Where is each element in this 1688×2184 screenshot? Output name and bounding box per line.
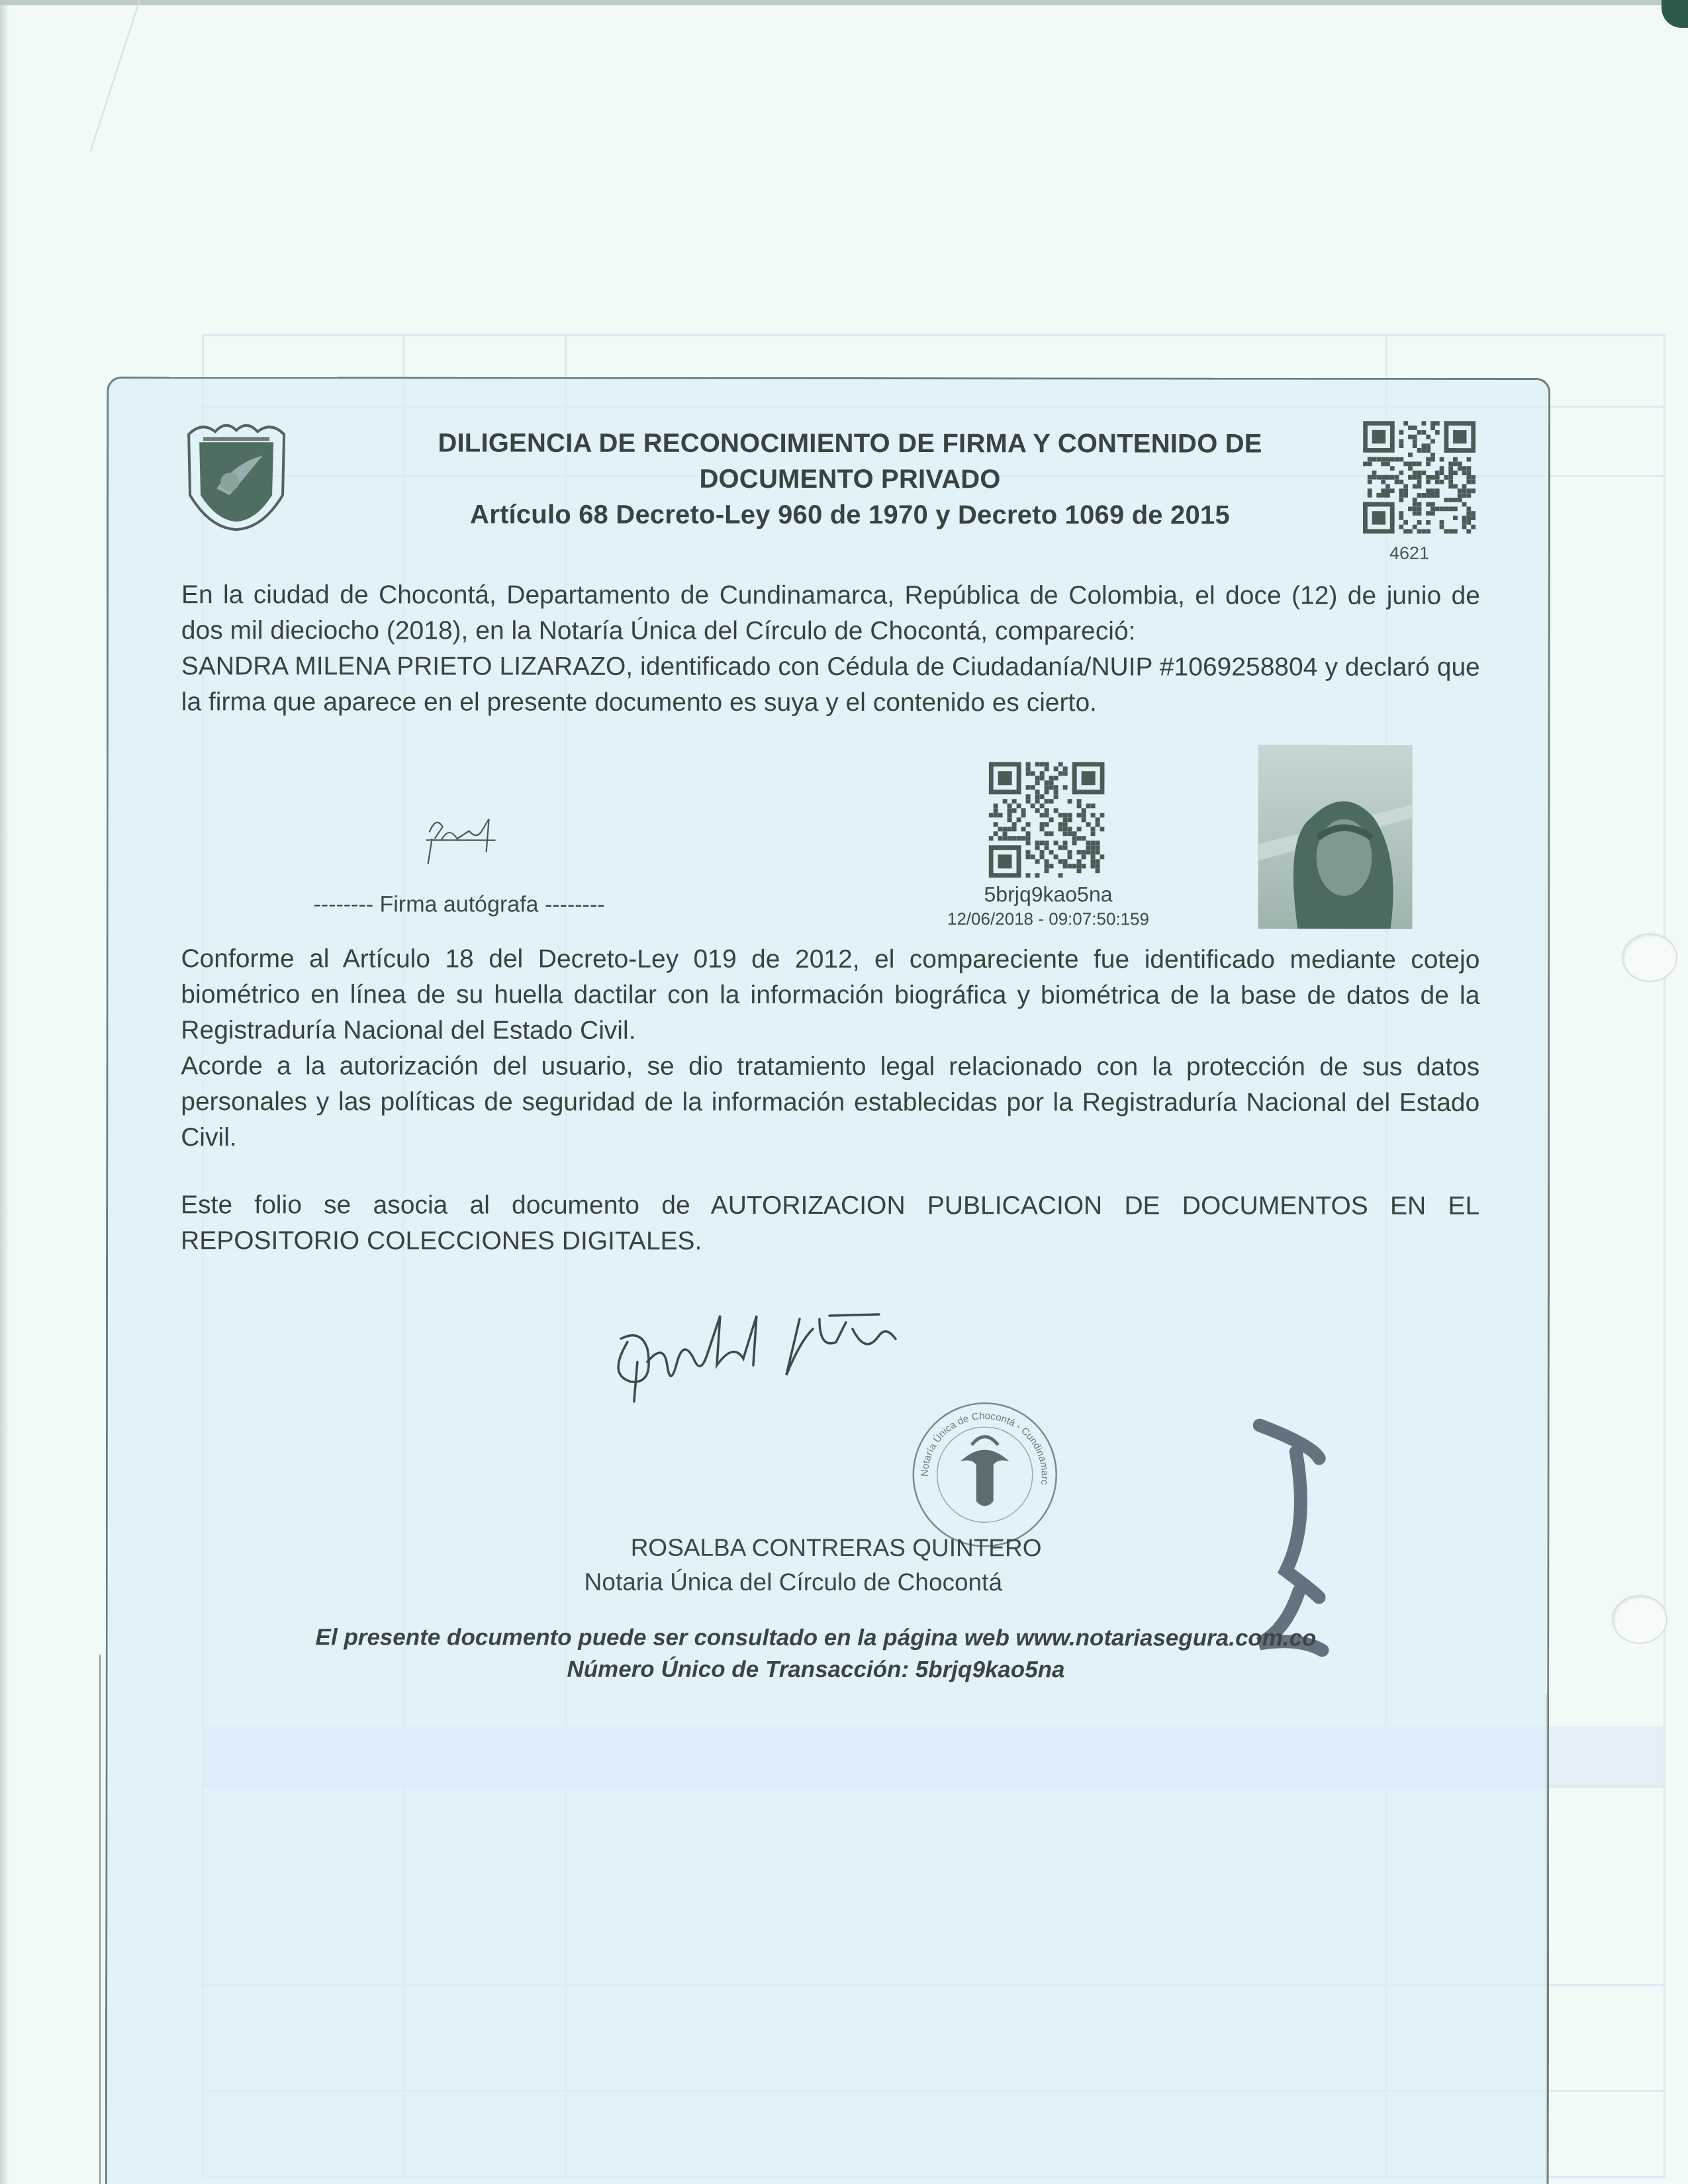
scan-top-shadow — [0, 0, 1688, 5]
verification-web-notice: El presente documento puede ser consulta… — [267, 1624, 1366, 1651]
transaction-timestamp: 12/06/2018 - 09:07:50:159 — [922, 909, 1174, 929]
transaction-code: 5brjq9kao5na — [955, 882, 1141, 907]
document-title: DILIGENCIA DE RECONOCIMIENTO DE FIRMA Y … — [387, 425, 1313, 533]
autograph-signature-label: -------- Firma autógrafa -------- — [313, 891, 604, 917]
notary-sticker: DILIGENCIA DE RECONOCIMIENTO DE FIRMA Y … — [105, 377, 1550, 2184]
title-line-1: DILIGENCIA DE RECONOCIMIENTO DE FIRMA Y … — [387, 425, 1313, 461]
qr-code-icon — [1363, 420, 1476, 535]
appearance-paragraph: En la ciudad de Chocontá, Departamento d… — [181, 577, 1480, 650]
notary-initial-mark — [1246, 1419, 1333, 1657]
title-line-2: DOCUMENTO PRIVADO — [387, 461, 1313, 497]
notary-role: Notaria Única del Círculo de Chocontá — [585, 1569, 1180, 1597]
unique-transaction-number: Número Único de Transacción: 5brjq9kao5n… — [266, 1656, 1365, 1683]
data-protection-paragraph: Acorde a la autorización del usuario, se… — [181, 1048, 1479, 1157]
page-margin-line — [99, 1655, 101, 2184]
paper-crease — [90, 0, 140, 152]
sticker-number: 4621 — [1389, 543, 1429, 564]
associated-document-paragraph: Este folio se asocia al documento de AUT… — [181, 1187, 1479, 1260]
notary-seal-icon: Notaría Única de Chocontá - Cundinamarca — [909, 1398, 1061, 1551]
scan-left-shadow — [0, 0, 9, 2184]
shield-crest-icon — [183, 416, 289, 531]
folded-corner — [1662, 0, 1688, 28]
legal-reference: Artículo 68 Decreto-Ley 960 de 1970 y De… — [387, 496, 1313, 533]
declarant-signature — [423, 812, 499, 865]
punch-hole — [1612, 1595, 1667, 1644]
biometric-paragraph: Conforme al Artículo 18 del Decreto-Ley … — [181, 941, 1479, 1050]
transaction-qr-code-icon — [989, 762, 1105, 878]
notary-name: ROSALBA CONTRERAS QUINTERO — [631, 1534, 1227, 1563]
punch-hole — [1622, 933, 1677, 982]
person-photo-icon — [1258, 745, 1412, 929]
declarant-paragraph: SANDRA MILENA PRIETO LIZARAZO, identific… — [181, 649, 1480, 721]
